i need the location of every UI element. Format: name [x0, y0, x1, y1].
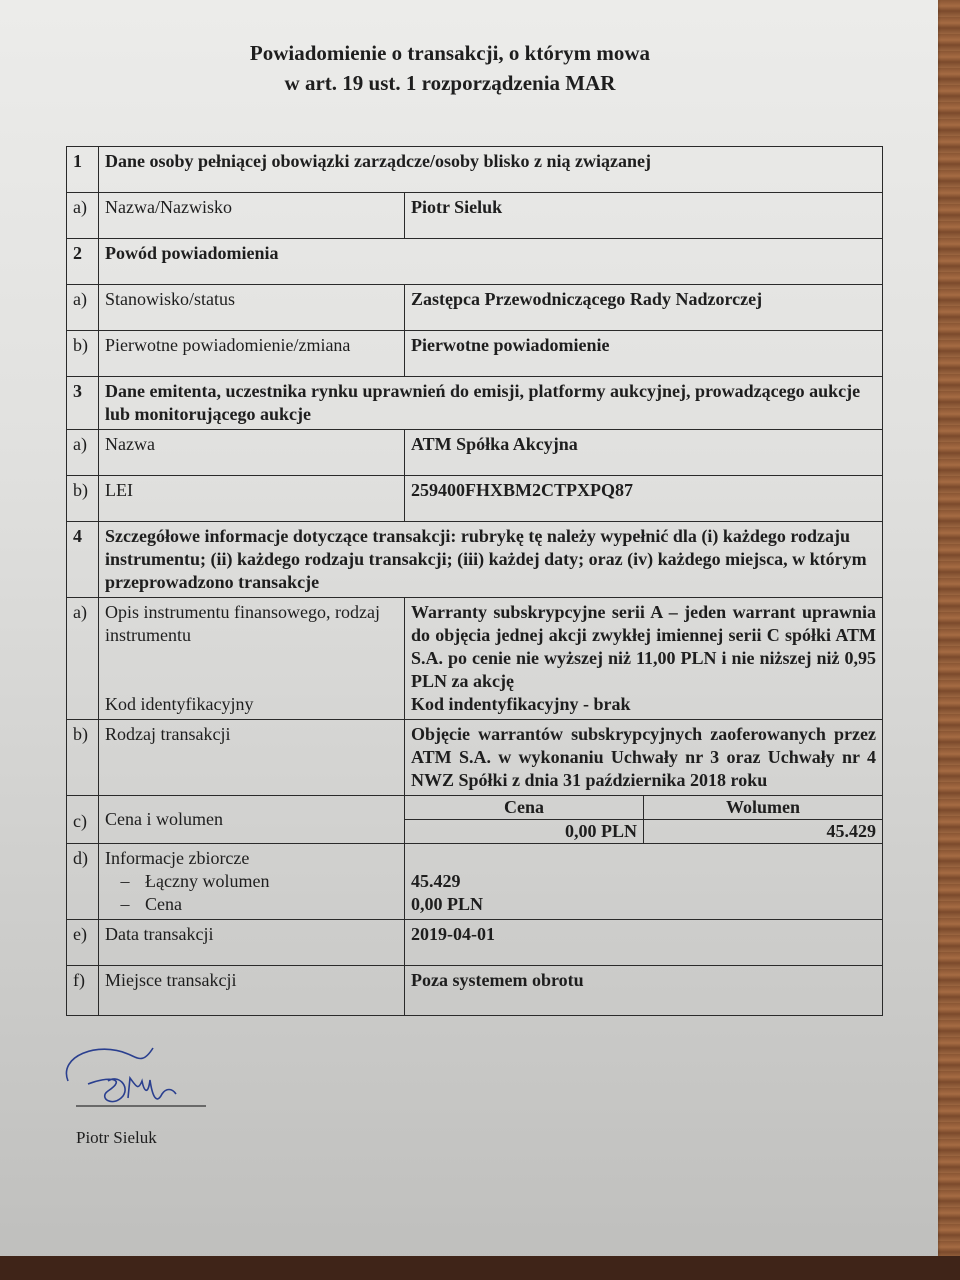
- row-value: Zastępca Przewodniczącego Rady Nadzorcze…: [405, 285, 883, 331]
- section-number: 2: [67, 239, 99, 285]
- section-3-header: 3 Dane emitenta, uczestnika rynku uprawn…: [67, 377, 883, 430]
- summary-sub-volume: –Łączny wolumen: [105, 870, 398, 893]
- section-heading: Powód powiadomienia: [99, 239, 883, 285]
- dash: –: [105, 870, 145, 893]
- price-value: 0,00 PLN: [405, 820, 644, 844]
- table-row: f) Miejsce transakcji Poza systemem obro…: [67, 966, 883, 1016]
- row-letter: d): [67, 844, 99, 920]
- table-row: b) Rodzaj transakcji Objęcie warrantów s…: [67, 720, 883, 796]
- row-label: Stanowisko/status: [99, 285, 405, 331]
- price-label: Cena: [145, 894, 182, 914]
- signatory-name: Piotr Sieluk: [76, 1128, 157, 1148]
- title-line-2: w art. 19 ust. 1 rozporządzenia MAR: [200, 68, 700, 98]
- row-label: Opis instrumentu finansowego, rodzaj ins…: [99, 598, 405, 720]
- row-value: 45.429 0,00 PLN: [405, 844, 883, 920]
- section-heading: Szczegółowe informacje dotyczące transak…: [99, 522, 883, 598]
- row-label: Data transakcji: [99, 920, 405, 966]
- row-letter: c): [67, 796, 99, 844]
- title-line-1: Powiadomienie o transakcji, o którym mow…: [200, 38, 700, 68]
- row-letter: a): [67, 193, 99, 239]
- row-label: Cena i wolumen: [99, 796, 405, 844]
- price-volume-cell: Cena Wolumen 0,00 PLN 45.429: [405, 796, 883, 844]
- total-volume-label: Łączny wolumen: [145, 871, 269, 891]
- table-row: d) Informacje zbiorcze –Łączny wolumen –…: [67, 844, 883, 920]
- row-label: Nazwa/Nazwisko: [99, 193, 405, 239]
- section-1-header: 1 Dane osoby pełniącej obowiązki zarządc…: [67, 147, 883, 193]
- transaction-place-value: Poza systemem obrotu: [405, 966, 883, 1016]
- table-row: e) Data transakcji 2019-04-01: [67, 920, 883, 966]
- section-number: 4: [67, 522, 99, 598]
- row-letter: a): [67, 285, 99, 331]
- section-2-header: 2 Powód powiadomienia: [67, 239, 883, 285]
- row-letter: b): [67, 720, 99, 796]
- dash: –: [105, 893, 145, 916]
- transaction-date-value: 2019-04-01: [405, 920, 883, 966]
- section-4-header: 4 Szczegółowe informacje dotyczące trans…: [67, 522, 883, 598]
- section-number: 1: [67, 147, 99, 193]
- total-volume-value: 45.429: [411, 870, 876, 893]
- volume-value: 45.429: [644, 820, 883, 844]
- row-value: ATM Spółka Akcyjna: [405, 430, 883, 476]
- price-column-header: Cena: [405, 796, 644, 820]
- id-code-label: Kod identyfikacyjny: [105, 693, 398, 716]
- price-volume-table: Cena Wolumen 0,00 PLN 45.429: [405, 796, 882, 843]
- table-row: a) Opis instrumentu finansowego, rodzaj …: [67, 598, 883, 720]
- transaction-type-value: Objęcie warrantów subskrypcyjnych zaofer…: [405, 720, 883, 796]
- instrument-description: Warranty subskrypcyjne serii A – jeden w…: [411, 601, 876, 693]
- row-label: LEI: [99, 476, 405, 522]
- table-row: a) Stanowisko/status Zastępca Przewodnic…: [67, 285, 883, 331]
- row-label: Informacje zbiorcze –Łączny wolumen –Cen…: [99, 844, 405, 920]
- row-value: Pierwotne powiadomienie: [405, 331, 883, 377]
- table-row: b) Pierwotne powiadomienie/zmiana Pierwo…: [67, 331, 883, 377]
- section-heading: Dane osoby pełniącej obowiązki zarządcze…: [99, 147, 883, 193]
- handwritten-signature: [58, 1036, 218, 1116]
- row-label: Miejsce transakcji: [99, 966, 405, 1016]
- notification-form-table: 1 Dane osoby pełniącej obowiązki zarządc…: [66, 146, 883, 1016]
- row-letter: b): [67, 476, 99, 522]
- desk-surface: [0, 1256, 960, 1280]
- row-label: Pierwotne powiadomienie/zmiana: [99, 331, 405, 377]
- section-number: 3: [67, 377, 99, 430]
- row-letter: a): [67, 598, 99, 720]
- row-label: Rodzaj transakcji: [99, 720, 405, 796]
- lei-value: 259400FHXBM2CTPXPQ87: [405, 476, 883, 522]
- id-code-value: Kod indentyfikacyjny - brak: [411, 693, 876, 716]
- row-value: Warranty subskrypcyjne serii A – jeden w…: [405, 598, 883, 720]
- paper-sheet: Powiadomienie o transakcji, o którym mow…: [0, 0, 938, 1263]
- row-letter: f): [67, 966, 99, 1016]
- table-row: c) Cena i wolumen Cena Wolumen 0,00 PLN …: [67, 796, 883, 844]
- row-value: Piotr Sieluk: [405, 193, 883, 239]
- summary-price-value: 0,00 PLN: [411, 893, 876, 916]
- row-letter: b): [67, 331, 99, 377]
- instrument-label: Opis instrumentu finansowego, rodzaj ins…: [105, 601, 398, 693]
- row-letter: e): [67, 920, 99, 966]
- section-heading: Dane emitenta, uczestnika rynku uprawnie…: [99, 377, 883, 430]
- table-row: a) Nazwa/Nazwisko Piotr Sieluk: [67, 193, 883, 239]
- table-row: b) LEI 259400FHXBM2CTPXPQ87: [67, 476, 883, 522]
- volume-column-header: Wolumen: [644, 796, 883, 820]
- summary-label: Informacje zbiorcze: [105, 847, 398, 870]
- table-row: a) Nazwa ATM Spółka Akcyjna: [67, 430, 883, 476]
- row-label: Nazwa: [99, 430, 405, 476]
- document-title: Powiadomienie o transakcji, o którym mow…: [200, 38, 700, 98]
- summary-sub-price: –Cena: [105, 893, 398, 916]
- row-letter: a): [67, 430, 99, 476]
